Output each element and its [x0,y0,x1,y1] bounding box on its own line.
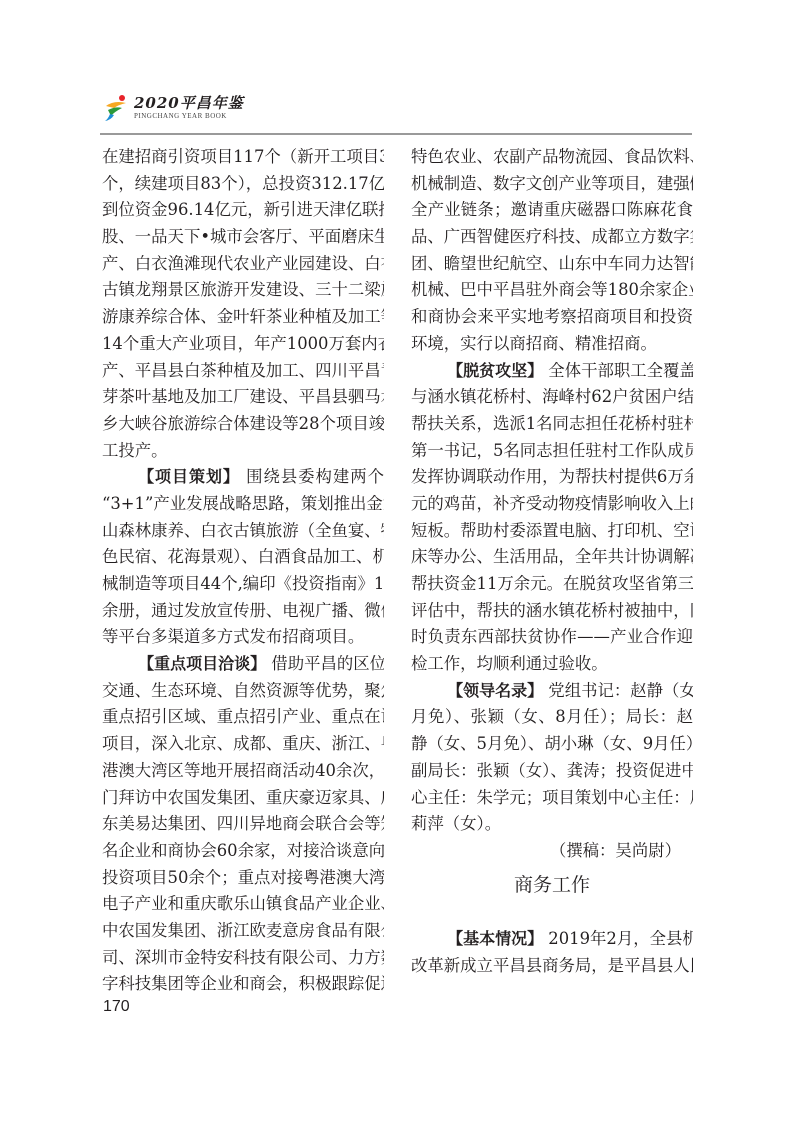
left-column: 在建招商引资项目117个（新开工项目34 个，续建项目83个），总投资312.1… [102,144,384,998]
text-line: 山森林康养、白衣古镇旅游（全鱼宴、特 [102,518,384,545]
text-line: 交通、生态环境、自然资源等优势，聚焦 [102,678,384,705]
page-header: 2020平昌年鉴 PINGCHANG YEAR BOOK [100,92,692,132]
text-line: 港澳大湾区等地开展招商活动40余次，登 [102,758,384,785]
text-line: 环境，实行以商招商、精准招商。 [411,331,693,358]
text-line: 帮扶资金11万余元。在脱贫攻坚省第三方 [411,571,693,598]
text-line: 第一书记，5名同志担任驻村工作队成员。 [411,438,693,465]
text-line: 械制造等项目44个,编印《投资指南》1500 [102,571,384,598]
text-line: 检工作，均顺利通过验收。 [411,651,693,678]
text-line: 个，续建项目83个），总投资312.17亿元， [102,171,384,198]
text-line: 投资项目50余个；重点对接粤港澳大湾区 [102,865,384,892]
text-run: 2019年2月，全县机构 [543,929,693,948]
text-line: 门拜访中农国发集团、重庆豪迈家具、广 [102,785,384,812]
section-title-commerce: 商务工作 [411,870,693,897]
text-line: 元的鸡苗，补齐受动物疫情影响收入上的 [411,491,693,518]
text-line: 工投产。 [102,438,384,465]
paragraph-basic-info: 【基本情况】 2019年2月，全县机构 改革新成立平昌县商务局，是平昌县人民 [411,926,693,979]
text-line: 团、瞻望世纪航空、山东中车同力达智能 [411,251,693,278]
colorful-runner-logo-icon [102,94,130,122]
paragraph-investment-projects: 在建招商引资项目117个（新开工项目34 个，续建项目83个），总投资312.1… [102,144,384,464]
text-line: 静（女、5月免）、胡小琳（女、9月任）； [411,731,693,758]
yearbook-title: 2020平昌年鉴 [134,92,244,113]
text-line: 司、深圳市金特安科技有限公司、力方数 [102,945,384,972]
text-run: 党组书记：赵静（女8 [543,681,693,700]
text-line: 项目，深入北京、成都、重庆、浙江、粤 [102,731,384,758]
text-line: 和商协会来平实地考察招商项目和投资 [411,304,693,331]
text-line: 游康养综合体、金叶轩茶业种植及加工等 [102,304,384,331]
text-line: 床等办公、生活用品，全年共计协调解决 [411,544,693,571]
text-line: 【脱贫攻坚】 全体干部职工全覆盖 [411,358,693,385]
page-number: 170 [103,998,130,1016]
text-line: 短板。帮助村委添置电脑、打印机、空调、 [411,518,693,545]
byline: （撰稿：吴尚尉） [411,838,693,865]
text-line: 全产业链条；邀请重庆磁器口陈麻花食 [411,197,693,224]
right-column: 特色农业、农副产品物流园、食品饮料、 机械制造、数字文创产业等项目，建强健 全产… [411,144,693,865]
text-line: 品、广西智健医疗科技、成都立方数字集 [411,224,693,251]
text-line: 与涵水镇花桥村、海峰村62户贫困户结成 [411,384,693,411]
text-line: 帮扶关系，选派1名同志担任花桥村驻村 [411,411,693,438]
header-divider [100,133,692,135]
paragraph-continued: 特色农业、农副产品物流园、食品饮料、 机械制造、数字文创产业等项目，建强健 全产… [411,144,693,358]
text-line: 莉萍（女）。 [411,811,693,838]
text-line: 特色农业、农副产品物流园、食品饮料、 [411,144,693,171]
text-run: 全体干部职工全覆盖 [543,361,693,380]
text-line: 【基本情况】 2019年2月，全县机构 [411,926,693,953]
paragraph-leadership-roster: 【领导名录】 党组书记：赵静（女8 月免）、张颖（女、8月任）；局长：赵 静（女… [411,678,693,838]
text-line: 中农国发集团、浙江欧麦意房食品有限公 [102,918,384,945]
text-line: 等平台多渠道多方式发布招商项目。 [102,624,384,651]
text-line: 电子产业和重庆歌乐山镇食品产业企业、 [102,891,384,918]
text-line: 芽茶叶基地及加工厂建设、平昌县驷马水 [102,384,384,411]
text-line: 重点招引区域、重点招引产业、重点在谈 [102,704,384,731]
section-heading-key-projects: 【重点项目洽谈】 [138,654,266,673]
text-line: 【领导名录】 党组书记：赵静（女8 [411,678,693,705]
text-line: 月免）、张颖（女、8月任）；局长：赵 [411,704,693,731]
text-line: 【项目策划】 围绕县委构建两个 [102,464,384,491]
text-line: 时负责东西部扶贫协作——产业合作迎 [411,624,693,651]
text-line: 古镇龙翔景区旅游开发建设、三十二梁旅 [102,277,384,304]
text-line: 14个重大产业项目，年产1000万套内衣生 [102,331,384,358]
text-run: 借助平昌的区位 [266,654,384,673]
paragraph-poverty-alleviation: 【脱贫攻坚】 全体干部职工全覆盖 与涵水镇花桥村、海峰村62户贫困户结成 帮扶关… [411,358,693,678]
text-line: 余册，通过发放宣传册、电视广播、微信 [102,598,384,625]
yearbook-subtitle: PINGCHANG YEAR BOOK [134,112,227,120]
text-line: 机械制造、数字文创产业等项目，建强健 [411,171,693,198]
section-heading-poverty-alleviation: 【脱贫攻坚】 [447,361,543,380]
text-line: 股、一品天下•城市会客厅、平面磨床生 [102,224,384,251]
text-line: “3+1”产业发展战略思路，策划推出金宝 [102,491,384,518]
paragraph-project-planning: 【项目策划】 围绕县委构建两个 “3+1”产业发展战略思路，策划推出金宝 山森林… [102,464,384,651]
text-line: 乡大峡谷旅游综合体建设等28个项目竣 [102,411,384,438]
text-line: 产、平昌县白茶种植及加工、四川平昌青 [102,358,384,385]
text-line: 改革新成立平昌县商务局，是平昌县人民 [411,953,693,980]
section-heading-project-planning: 【项目策划】 [138,467,240,486]
text-line: 机械、巴中平昌驻外商会等180余家企业 [411,277,693,304]
text-line: 字科技集团等企业和商会，积极跟踪促进 [102,971,384,998]
paragraph-key-project-negotiation: 【重点项目洽谈】 借助平昌的区位 交通、生态环境、自然资源等优势，聚焦 重点招引… [102,651,384,998]
text-line: 到位资金96.14亿元，新引进天津亿联控 [102,197,384,224]
text-line: 心主任：朱学元；项目策划中心主任：周 [411,785,693,812]
text-line: 副局长：张颖（女）、龚涛；投资促进中 [411,758,693,785]
text-line: 【重点项目洽谈】 借助平昌的区位 [102,651,384,678]
text-line: 评估中，帮扶的涵水镇花桥村被抽中，同 [411,598,693,625]
text-run: 围绕县委构建两个 [240,467,384,486]
text-line: 发挥协调联动作用，为帮扶村提供6万余 [411,464,693,491]
text-line: 东美易达集团、四川异地商会联合会等知 [102,811,384,838]
text-line: 产、白衣渔滩现代农业产业园建设、白衣 [102,251,384,278]
text-line: 色民宿、花海景观）、白酒食品加工、机 [102,544,384,571]
section-heading-basic-info: 【基本情况】 [447,929,543,948]
text-line: 在建招商引资项目117个（新开工项目34 [102,144,384,171]
section-heading-leadership: 【领导名录】 [447,681,543,700]
text-line: 名企业和商协会60余家，对接洽谈意向性 [102,838,384,865]
